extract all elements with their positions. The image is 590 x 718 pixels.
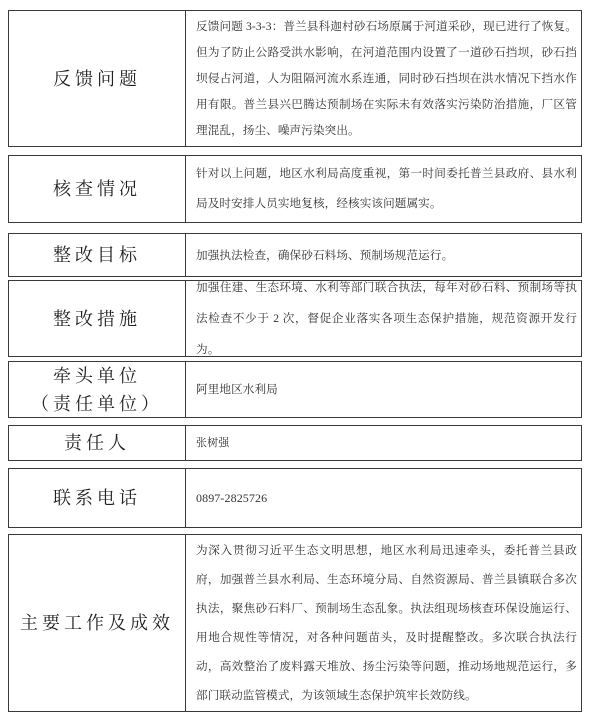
row-label-lead-unit: 牵头单位 （责任单位） — [9, 362, 186, 417]
responsible-person-text: 张树强 — [196, 436, 577, 450]
table-row-contact-phone: 联系电话 0897-2825726 — [8, 468, 582, 528]
table-row-main-work-results: 主要工作及成效 为深入贯彻习近平生态文明思想，地区水利局迅速牵头，委托普兰县政府… — [8, 534, 582, 712]
feedback-issue-text: 反馈问题 3-3-3：普兰县科迦村砂石场原属于河道采砂，现已进行了恢复。但为了防… — [196, 14, 577, 144]
row-label-contact-phone: 联系电话 — [9, 469, 186, 527]
row-content-cell: 阿里地区水利局 — [186, 362, 581, 417]
table-row-lead-unit: 牵头单位 （责任单位） 阿里地区水利局 — [8, 361, 582, 418]
row-content-cell: 张树强 — [186, 426, 581, 460]
row-content-cell: 为深入贯彻习近平生态文明思想，地区水利局迅速牵头，委托普兰县政府，加强普兰县水利… — [186, 535, 581, 711]
table-row-verification-status: 核查情况 针对以上问题，地区水利局高度重视，第一时间委托普兰县政府、县水利局及时… — [8, 155, 582, 223]
row-content-cell: 反馈问题 3-3-3：普兰县科迦村砂石场原属于河道采砂，现已进行了恢复。但为了防… — [186, 11, 581, 146]
rectification-measures-text: 加强住建、生态环境、水利等部门联合执法，每年对砂石料、预制场等执法检查不少于 2… — [196, 281, 577, 356]
lead-unit-text: 阿里地区水利局 — [196, 383, 577, 397]
row-content-cell: 针对以上问题，地区水利局高度重视，第一时间委托普兰县政府、县水利局及时安排人员实… — [186, 156, 581, 222]
rectification-table: 反馈问题 反馈问题 3-3-3：普兰县科迦村砂石场原属于河道采砂，现已进行了恢复… — [8, 10, 582, 712]
row-content-cell: 0897-2825726 — [186, 469, 581, 527]
row-label-rectification-goal: 整改目标 — [9, 234, 186, 276]
row-label-responsible-person: 责任人 — [9, 426, 186, 460]
row-label-verification-status: 核查情况 — [9, 156, 186, 222]
row-content-cell: 加强住建、生态环境、水利等部门联合执法，每年对砂石料、预制场等执法检查不少于 2… — [186, 281, 581, 356]
main-work-results-text: 为深入贯彻习近平生态文明思想，地区水利局迅速牵头，委托普兰县政府，加强普兰县水利… — [196, 536, 577, 710]
row-label-main-work-results: 主要工作及成效 — [9, 535, 186, 711]
table-row-rectification-goal: 整改目标 加强执法检查，确保砂石料场、预制场规范运行。 — [8, 233, 582, 277]
row-label-feedback-issue: 反馈问题 — [9, 11, 186, 146]
table-row-feedback-issue: 反馈问题 反馈问题 3-3-3：普兰县科迦村砂石场原属于河道采砂，现已进行了恢复… — [8, 10, 582, 147]
table-row-rectification-measures: 整改措施 加强住建、生态环境、水利等部门联合执法，每年对砂石料、预制场等执法检查… — [8, 280, 582, 357]
table-row-responsible-person: 责任人 张树强 — [8, 425, 582, 461]
row-content-cell: 加强执法检查，确保砂石料场、预制场规范运行。 — [186, 234, 581, 276]
verification-status-text: 针对以上问题，地区水利局高度重视，第一时间委托普兰县政府、县水利局及时安排人员实… — [196, 159, 577, 219]
rectification-goal-text: 加强执法检查，确保砂石料场、预制场规范运行。 — [196, 241, 577, 270]
row-label-rectification-measures: 整改措施 — [9, 281, 186, 356]
rectification-document-page: 反馈问题 反馈问题 3-3-3：普兰县科迦村砂石场原属于河道采砂，现已进行了恢复… — [0, 0, 590, 718]
contact-phone-text: 0897-2825726 — [196, 491, 577, 505]
